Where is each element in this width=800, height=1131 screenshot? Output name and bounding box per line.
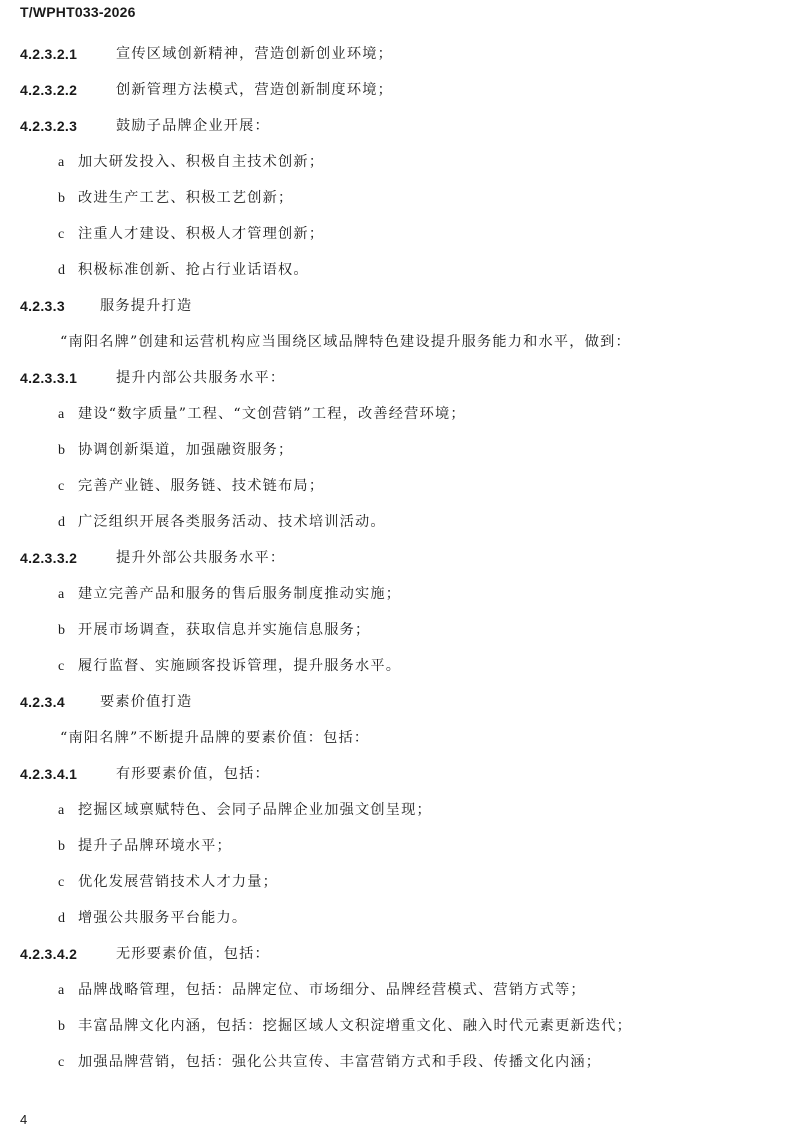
list-item-text: 广泛组织开展各类服务活动、技术培训活动。	[78, 514, 386, 530]
list-item-text: 注重人才建设、积极人才管理创新；	[78, 226, 324, 242]
clause-text: 提升内部公共服务水平：	[116, 360, 285, 396]
list-item-text: 完善产业链、服务链、技术链布局；	[78, 478, 324, 494]
list-marker: c	[58, 865, 78, 901]
list-marker: b	[58, 1009, 78, 1045]
list-marker: b	[58, 433, 78, 469]
list-marker: c	[58, 1045, 78, 1081]
list-marker: b	[58, 829, 78, 865]
clause-number: 4.2.3.2.1	[20, 36, 77, 72]
standard-code-header: T/WPHT033-2026	[20, 4, 136, 20]
list-marker: c	[58, 217, 78, 253]
list-item-text: 协调创新渠道，加强融资服务；	[78, 442, 293, 458]
list-item-text: 品牌战略管理，包括：品牌定位、市场细分、品牌经营模式、营销方式等；	[78, 982, 586, 998]
list-item: a建立完善产品和服务的售后服务制度推动实施；	[58, 576, 401, 612]
list-marker: b	[58, 613, 78, 649]
list-item: c注重人才建设、积极人才管理创新；	[58, 216, 324, 252]
list-marker: b	[58, 181, 78, 217]
list-item-text: 加大研发投入、积极自主技术创新；	[78, 154, 324, 170]
list-item-text: 履行监督、实施顾客投诉管理，提升服务水平。	[78, 658, 401, 674]
list-item: c完善产业链、服务链、技术链布局；	[58, 468, 324, 504]
clause-text: 创新管理方法模式，营造创新制度环境；	[116, 72, 393, 108]
list-item: d增强公共服务平台能力。	[58, 900, 247, 936]
list-item-text: 加强品牌营销，包括：强化公共宣传、丰富营销方式和手段、传播文化内涵；	[78, 1054, 601, 1070]
list-item-text: 积极标准创新、抢占行业话语权。	[78, 262, 309, 278]
list-marker: a	[58, 145, 78, 181]
list-item-text: 建立完善产品和服务的售后服务制度推动实施；	[78, 586, 401, 602]
list-item: a加大研发投入、积极自主技术创新；	[58, 144, 324, 180]
clause-number: 4.2.3.2.2	[20, 72, 77, 108]
list-marker: c	[58, 469, 78, 505]
list-marker: a	[58, 793, 78, 829]
list-item: b提升子品牌环境水平；	[58, 828, 232, 864]
section-title: 要素价值打造	[100, 684, 192, 720]
clause-text: 无形要素价值，包括：	[116, 936, 270, 972]
list-item: c优化发展营销技术人才力量；	[58, 864, 278, 900]
list-item: a挖掘区域禀赋特色、会同子品牌企业加强文创呈现；	[58, 792, 432, 828]
section-number: 4.2.3.4	[20, 684, 65, 720]
list-item: b开展市场调查，获取信息并实施信息服务；	[58, 612, 370, 648]
list-marker: d	[58, 253, 78, 289]
list-item: a品牌战略管理，包括：品牌定位、市场细分、品牌经营模式、营销方式等；	[58, 972, 586, 1008]
list-marker: a	[58, 577, 78, 613]
clause-number: 4.2.3.3.1	[20, 360, 77, 396]
paragraph: “南阳名牌”不断提升品牌的要素价值：包括：	[60, 720, 369, 756]
list-item-text: 开展市场调查，获取信息并实施信息服务；	[78, 622, 370, 638]
list-marker: c	[58, 649, 78, 685]
list-item: b丰富品牌文化内涵，包括：挖掘区域人文积淀增重文化、融入时代元素更新迭代；	[58, 1008, 632, 1044]
section-title: 服务提升打造	[100, 288, 192, 324]
clause-text: 提升外部公共服务水平：	[116, 540, 285, 576]
list-marker: d	[58, 901, 78, 937]
list-item-text: 增强公共服务平台能力。	[78, 910, 247, 926]
list-item-text: 优化发展营销技术人才力量；	[78, 874, 278, 890]
list-item: d积极标准创新、抢占行业话语权。	[58, 252, 309, 288]
clause-number: 4.2.3.3.2	[20, 540, 77, 576]
list-marker: a	[58, 973, 78, 1009]
list-marker: d	[58, 505, 78, 541]
clause-text: 鼓励子品牌企业开展：	[116, 108, 270, 144]
list-item-text: 改进生产工艺、积极工艺创新；	[78, 190, 293, 206]
list-item: b协调创新渠道，加强融资服务；	[58, 432, 293, 468]
list-item: b改进生产工艺、积极工艺创新；	[58, 180, 293, 216]
list-item: a建设“数字质量”工程、“文创营销”工程，改善经营环境；	[58, 396, 466, 432]
list-item: c加强品牌营销，包括：强化公共宣传、丰富营销方式和手段、传播文化内涵；	[58, 1044, 601, 1080]
clause-number: 4.2.3.4.2	[20, 936, 77, 972]
section-number: 4.2.3.3	[20, 288, 65, 324]
clause-text: 宣传区域创新精神，营造创新创业环境；	[116, 36, 393, 72]
list-item-text: 挖掘区域禀赋特色、会同子品牌企业加强文创呈现；	[78, 802, 432, 818]
clause-number: 4.2.3.2.3	[20, 108, 77, 144]
paragraph: “南阳名牌”创建和运营机构应当围绕区域品牌特色建设提升服务能力和水平，做到：	[60, 324, 631, 360]
page-number: 4	[20, 1112, 27, 1127]
list-marker: a	[58, 397, 78, 433]
clause-number: 4.2.3.4.1	[20, 756, 77, 792]
list-item-text: 提升子品牌环境水平；	[78, 838, 232, 854]
list-item-text: 丰富品牌文化内涵，包括：挖掘区域人文积淀增重文化、融入时代元素更新迭代；	[78, 1018, 632, 1034]
clause-text: 有形要素价值，包括：	[116, 756, 270, 792]
list-item: c履行监督、实施顾客投诉管理，提升服务水平。	[58, 648, 401, 684]
list-item-text: 建设“数字质量”工程、“文创营销”工程，改善经营环境；	[78, 406, 466, 422]
list-item: d广泛组织开展各类服务活动、技术培训活动。	[58, 504, 386, 540]
